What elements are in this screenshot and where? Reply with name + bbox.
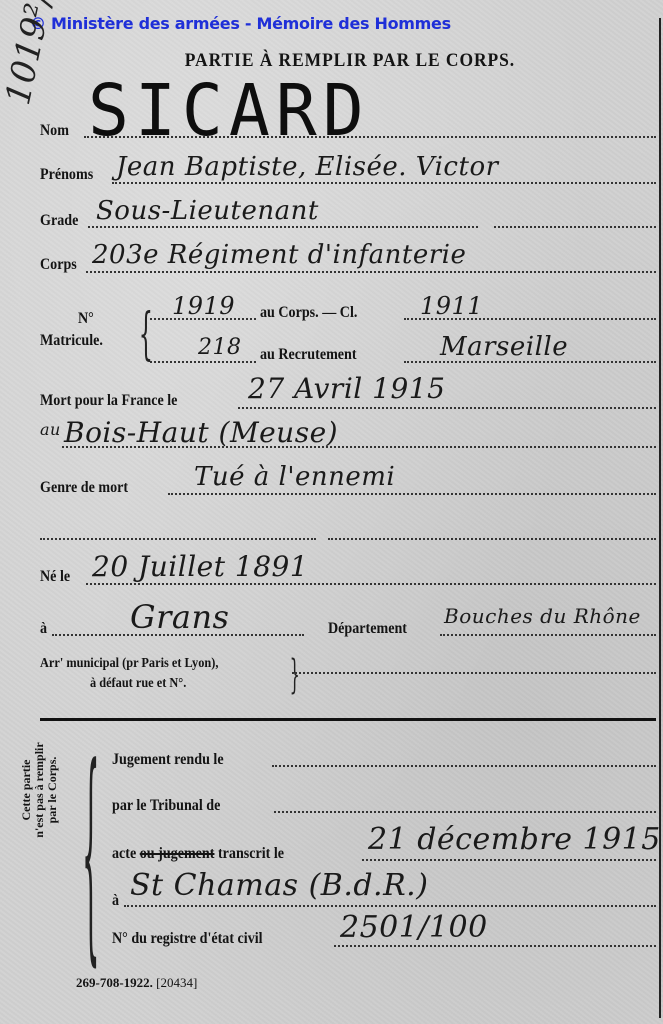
tribunal-dotted-line xyxy=(274,811,656,813)
registre-value: 2501/100 xyxy=(340,910,488,945)
prenoms-dotted-line xyxy=(112,182,656,184)
nom-value: SICARD xyxy=(88,70,370,153)
acte-label: acte ou jugement transcrit le xyxy=(112,845,284,863)
acte-place-dotted-line xyxy=(124,905,656,907)
matricule-brace: { xyxy=(139,302,153,367)
recrutement-number-dotted-line xyxy=(150,361,256,363)
corps-number-value: 1919 xyxy=(172,292,235,320)
grade-value: Sous-Lieutenant xyxy=(96,196,319,226)
nom-label: Nom xyxy=(40,122,69,140)
side-note: Cette partie n'est pas à remplir par le … xyxy=(20,725,59,855)
blank-dotted-line-2 xyxy=(328,538,656,540)
corps-dotted-line xyxy=(86,271,656,273)
copyright-watermark: © Ministère des armées - Mémoire des Hom… xyxy=(30,14,451,33)
arrondissement-dotted-line xyxy=(292,672,656,674)
matricule-label-no: N° xyxy=(78,310,94,328)
au-recrutement-label: au Recrutement xyxy=(260,346,357,364)
mort-dotted-line xyxy=(238,407,656,409)
arrondissement-brace: } xyxy=(290,652,300,698)
lieu-mort-value: Bois-Haut (Meuse) xyxy=(64,416,338,449)
mort-label: Mort pour la France le xyxy=(40,392,177,410)
departement-label: Département xyxy=(328,620,407,638)
lieu-naissance-prefix: à xyxy=(40,620,47,638)
tribunal-label: par le Tribunal de xyxy=(112,797,220,815)
genre-mort-value: Tué à l'ennemi xyxy=(194,462,395,492)
naissance-date-value: 20 Juillet 1891 xyxy=(92,550,308,583)
struck-jugement: ou jugement xyxy=(140,845,215,862)
grade-dotted-line-2 xyxy=(494,226,656,228)
mort-date-value: 27 Avril 1915 xyxy=(248,372,445,405)
registre-dotted-line xyxy=(334,945,656,947)
corps-label: Corps xyxy=(40,256,77,274)
arrondissement-label-2: à défaut rue et N°. xyxy=(90,676,186,692)
acte-place-prefix: à xyxy=(112,892,119,910)
jugement-label: Jugement rendu le xyxy=(112,751,224,769)
naissance-dotted-line xyxy=(86,583,656,585)
corps-value: 203e Régiment d'infanterie xyxy=(92,240,466,270)
acte-dotted-line xyxy=(362,859,656,861)
registre-label: N° du registre d'état civil xyxy=(112,930,263,948)
footer-ref: [20434] xyxy=(156,975,197,990)
genre-mort-label: Genre de mort xyxy=(40,479,128,497)
acte-date-value: 21 décembre 1915 xyxy=(368,822,661,857)
matricule-label: Matricule. xyxy=(40,332,103,350)
departement-value: Bouches du Rhône xyxy=(444,604,641,628)
blank-dotted-line xyxy=(40,538,316,540)
genre-mort-dotted-line xyxy=(168,493,656,495)
footer-print-code: 269-708-1922. [20434] xyxy=(76,975,197,991)
section-divider xyxy=(40,718,656,721)
acte-place-value: St Chamas (B.d.R.) xyxy=(130,868,428,903)
naissance-label: Né le xyxy=(40,568,70,586)
au-corps-label: au Corps. — Cl. xyxy=(260,304,357,322)
prenoms-value: Jean Baptiste, Elisée. Victor xyxy=(116,152,499,182)
grade-dotted-line xyxy=(88,226,478,228)
grade-label: Grade xyxy=(40,212,78,230)
departement-dotted-line xyxy=(440,634,656,636)
recrutement-place-value: Marseille xyxy=(440,332,568,362)
recrutement-number-value: 218 xyxy=(198,335,242,360)
arrondissement-label: Arr' municipal (pr Paris et Lyon), xyxy=(40,656,218,672)
form-header: PARTIE À REMPLIR PAR LE CORPS. xyxy=(27,50,637,72)
lieu-mort-prefix: au xyxy=(40,420,61,439)
lieu-naissance-value: Grans xyxy=(130,598,229,636)
jugement-dotted-line xyxy=(272,765,656,767)
classe-value: 1911 xyxy=(420,292,483,320)
judgment-brace: { xyxy=(82,738,100,968)
card-border xyxy=(659,18,661,1018)
prenoms-label: Prénoms xyxy=(40,166,93,184)
